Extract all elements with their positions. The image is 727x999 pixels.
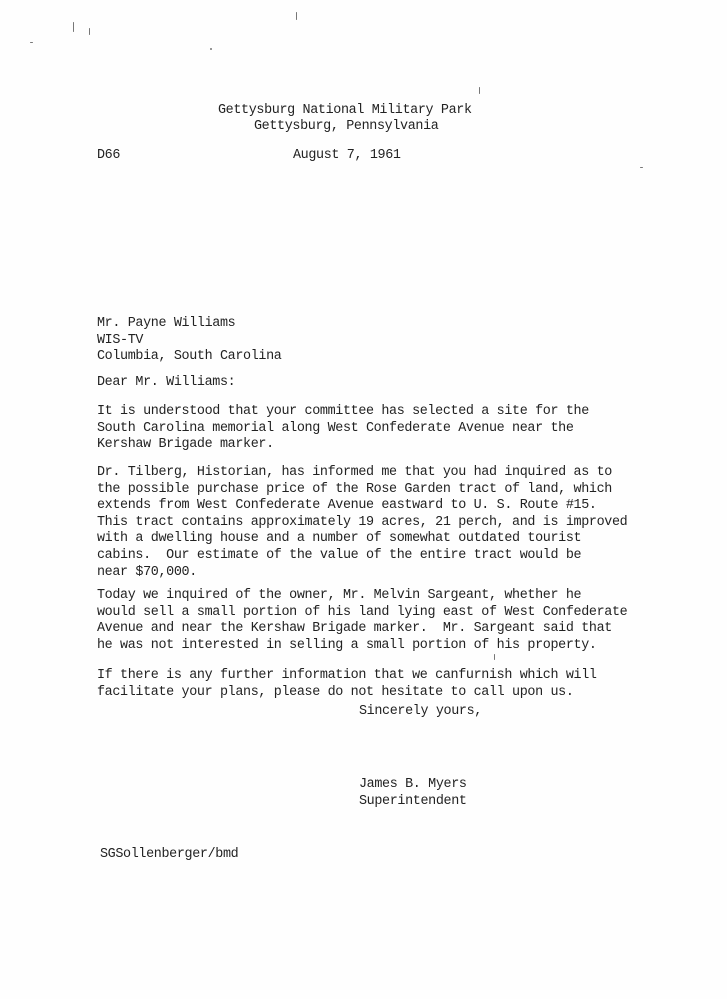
letter-date: August 7, 1961: [293, 148, 401, 165]
closing: Sincerely yours,: [359, 704, 482, 721]
paragraph-line: This tract contains approximately 19 acr…: [97, 515, 627, 532]
scan-speck: [479, 87, 480, 94]
paragraph-line: near $70,000.: [97, 565, 627, 582]
paragraph-line: the possible purchase price of the Rose …: [97, 482, 627, 499]
scan-speck: [210, 48, 212, 50]
reference-initials: SGSollenberger/bmd: [100, 847, 238, 864]
recipient-location: Columbia, South Carolina: [97, 349, 281, 366]
scan-speck: [30, 42, 33, 43]
recipient-name: Mr. Payne Williams: [97, 316, 281, 333]
letterhead-line-2: Gettysburg, Pennsylvania: [254, 119, 438, 136]
scan-speck: [73, 22, 74, 32]
signature-block: James B. Myers Superintendent: [359, 777, 467, 810]
scan-speck: [494, 654, 495, 660]
body-paragraph-1: It is understood that your committee has…: [97, 404, 589, 454]
paragraph-line: extends from West Confederate Avenue eas…: [97, 498, 627, 515]
paragraph-line: he was not interested in selling a small…: [97, 638, 627, 655]
signer-name: James B. Myers: [359, 777, 467, 794]
scan-speck: [296, 12, 297, 20]
paragraph-line: Today we inquired of the owner, Mr. Melv…: [97, 588, 627, 605]
paragraph-line: cabins. Our estimate of the value of the…: [97, 548, 627, 565]
paragraph-line: facilitate your plans, please do not hes…: [97, 685, 597, 702]
body-paragraph-3: Today we inquired of the owner, Mr. Melv…: [97, 588, 627, 654]
paragraph-line: with a dwelling house and a number of so…: [97, 531, 627, 548]
paragraph-line: Avenue and near the Kershaw Brigade mark…: [97, 621, 627, 638]
scan-speck: [640, 167, 643, 168]
paragraph-line: Kershaw Brigade marker.: [97, 437, 589, 454]
salutation: Dear Mr. Williams:: [97, 375, 235, 392]
recipient-address: Mr. Payne Williams WIS-TV Columbia, Sout…: [97, 316, 281, 366]
paragraph-line: would sell a small portion of his land l…: [97, 605, 627, 622]
signer-title: Superintendent: [359, 794, 467, 811]
body-paragraph-2: Dr. Tilberg, Historian, has informed me …: [97, 465, 627, 581]
paragraph-line: South Carolina memorial along West Confe…: [97, 421, 589, 438]
letter-page: Gettysburg National Military Park Gettys…: [0, 0, 727, 999]
file-code: D66: [97, 148, 120, 165]
scan-speck: [89, 28, 90, 35]
body-paragraph-4: If there is any further information that…: [97, 668, 597, 701]
recipient-organization: WIS-TV: [97, 333, 281, 350]
letterhead-line-1: Gettysburg National Military Park: [218, 103, 472, 120]
paragraph-line: Dr. Tilberg, Historian, has informed me …: [97, 465, 627, 482]
paragraph-line: If there is any further information that…: [97, 668, 597, 685]
paragraph-line: It is understood that your committee has…: [97, 404, 589, 421]
